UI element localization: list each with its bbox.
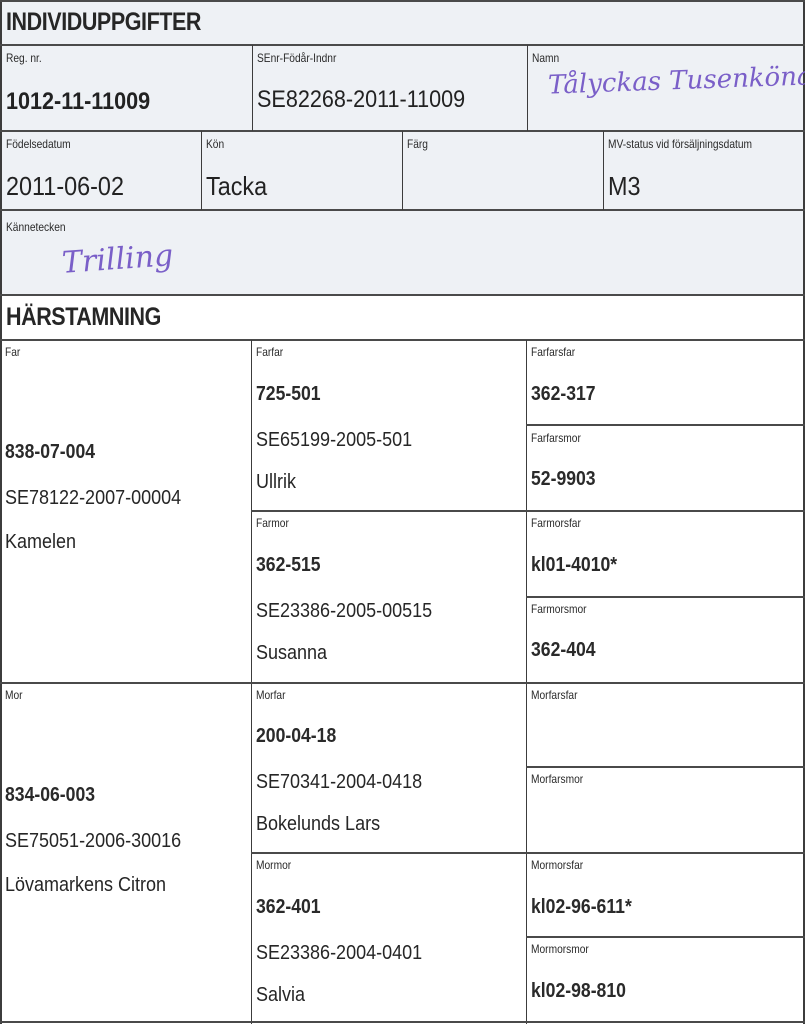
- farmorsfar-reg: kl01-4010*: [531, 554, 617, 577]
- divider: [526, 424, 805, 426]
- senr-value: SE82268-2011-11009: [257, 86, 465, 114]
- divider: [603, 131, 604, 210]
- divider: [251, 852, 805, 854]
- mv-status-label: MV-status vid försäljningsdatum: [608, 137, 752, 151]
- farfarsfar-reg: 362-317: [531, 383, 596, 406]
- divider: [526, 936, 805, 938]
- kon-value: Tacka: [206, 171, 267, 202]
- mor-label: Mor: [5, 688, 23, 702]
- divider: [0, 0, 805, 2]
- farmor-name: Susanna: [256, 642, 327, 665]
- mormorsmor-reg: kl02-98-810: [531, 980, 626, 1003]
- mormor-senr: SE23386-2004-0401: [256, 942, 422, 965]
- senr-label: SEnr-Födår-Indnr: [257, 51, 336, 65]
- mormor-name: Salvia: [256, 984, 305, 1007]
- farfarsmor-reg: 52-9903: [531, 468, 596, 491]
- morfar-name: Bokelunds Lars: [256, 813, 380, 836]
- mv-status-value: M3: [608, 171, 641, 202]
- reg-nr-label: Reg. nr.: [6, 51, 42, 65]
- farmor-senr: SE23386-2005-00515: [256, 600, 432, 623]
- mormor-reg: 362-401: [256, 896, 321, 919]
- kon-label: Kön: [206, 137, 224, 151]
- far-reg: 838-07-004: [5, 441, 95, 464]
- morfarsfar-label: Morfarsfar: [531, 688, 577, 702]
- mor-senr: SE75051-2006-30016: [5, 830, 181, 853]
- mor-reg: 834-06-003: [5, 784, 95, 807]
- morfar-senr: SE70341-2004-0418: [256, 771, 422, 794]
- farfar-senr: SE65199-2005-501: [256, 429, 412, 452]
- divider: [0, 1021, 805, 1023]
- namn-label: Namn: [532, 51, 559, 65]
- farmorsmor-reg: 362-404: [531, 639, 596, 662]
- kannetecken-label: Kännetecken: [6, 220, 66, 234]
- morfar-label: Morfar: [256, 688, 285, 702]
- mormorsmor-label: Mormorsmor: [531, 942, 589, 956]
- fodelsedatum-value: 2011-06-02: [6, 171, 124, 202]
- divider: [0, 44, 805, 46]
- farmor-reg: 362-515: [256, 554, 321, 577]
- fodelsedatum-label: Födelsedatum: [6, 137, 71, 151]
- morfarsmor-label: Morfarsmor: [531, 772, 583, 786]
- divider: [252, 45, 253, 131]
- mormor-label: Mormor: [256, 858, 291, 872]
- farfar-reg: 725-501: [256, 383, 321, 406]
- farfarsmor-label: Farfarsmor: [531, 431, 581, 445]
- farmor-label: Farmor: [256, 516, 289, 530]
- far-label: Far: [5, 345, 20, 359]
- mor-name: Lövamarkens Citron: [5, 874, 166, 897]
- farmorsmor-label: Farmorsmor: [531, 602, 587, 616]
- farfarsfar-label: Farfarsfar: [531, 345, 575, 359]
- farg-label: Färg: [407, 137, 428, 151]
- section-heading-individuppgifter: INDIVIDUPPGIFTER: [6, 8, 201, 37]
- farmorsfar-label: Farmorsfar: [531, 516, 581, 530]
- divider: [526, 596, 805, 598]
- mormorsfar-reg: kl02-96-611*: [531, 896, 632, 919]
- far-name: Kamelen: [5, 531, 76, 554]
- section-heading-harstamning: HÄRSTAMNING: [6, 303, 161, 332]
- reg-nr-value: 1012-11-11009: [6, 88, 150, 116]
- divider: [402, 131, 403, 210]
- divider: [0, 294, 805, 296]
- divider: [0, 339, 805, 341]
- divider: [251, 510, 805, 512]
- divider: [201, 131, 202, 210]
- mormorsfar-label: Mormorsfar: [531, 858, 583, 872]
- divider: [527, 45, 528, 131]
- farfar-label: Farfar: [256, 345, 283, 359]
- divider: [526, 766, 805, 768]
- far-senr: SE78122-2007-00004: [5, 487, 181, 510]
- divider: [0, 682, 805, 684]
- morfar-reg: 200-04-18: [256, 725, 336, 748]
- farfar-name: Ullrik: [256, 471, 296, 494]
